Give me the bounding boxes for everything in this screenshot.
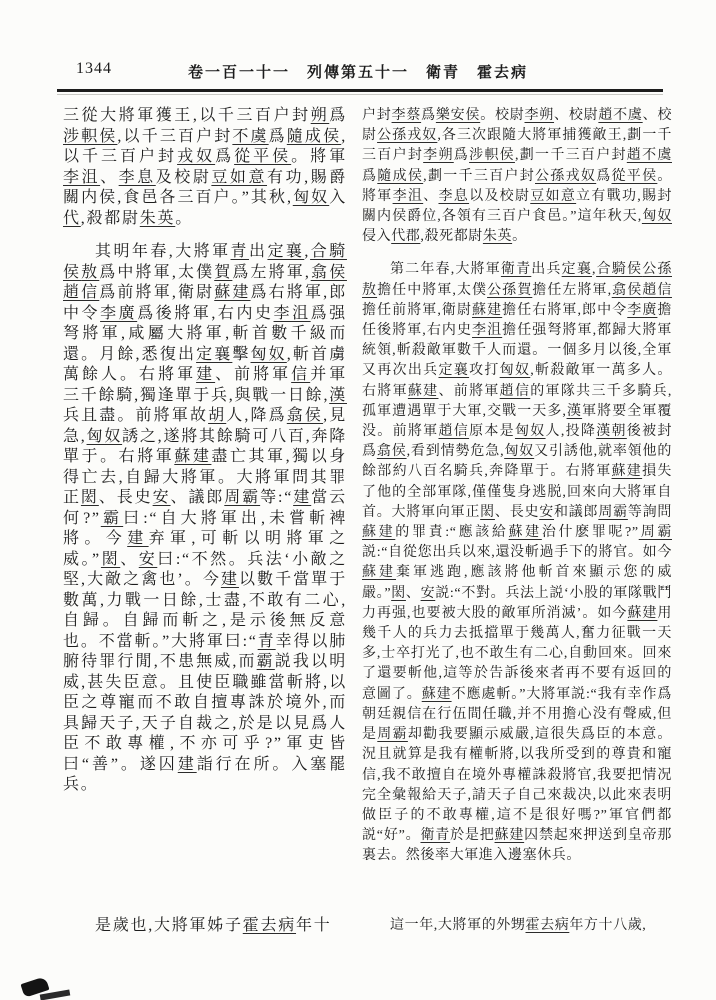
proper-noun: 霍去病	[526, 918, 570, 933]
proper-noun: 趙不虞	[627, 148, 672, 163]
proper-noun: 建	[178, 756, 197, 773]
proper-noun: 周霸	[639, 525, 672, 540]
proper-noun: 匈奴	[87, 428, 123, 445]
proper-noun: 朱英	[140, 210, 176, 227]
proper-noun: 不虞	[232, 128, 268, 145]
proper-noun: 安	[153, 489, 171, 506]
text-run: ,殺死都尉	[420, 229, 483, 244]
text-run: 、前將軍	[438, 384, 499, 399]
proper-noun: 蘇建	[362, 525, 395, 540]
classical-text-column: 三從大將軍獲王,以千三百户封朔爲涉軹侯,以千三百户封不虞爲隨成侯,以千三百户封戎…	[63, 106, 347, 936]
proper-noun: 翕侯	[377, 444, 407, 459]
text-run: 擔任中將軍,太僕	[377, 283, 487, 298]
text-run: 治什麽罪呢?”	[542, 525, 639, 540]
proper-noun: 李沮	[63, 169, 100, 186]
proper-noun: 衛青	[501, 262, 531, 277]
text-run: 出	[249, 243, 267, 260]
proper-noun: 定襄	[196, 346, 232, 363]
proper-noun: 安	[421, 586, 436, 601]
text-run: 、前將軍	[215, 366, 291, 383]
text-run: 爲	[362, 169, 377, 184]
text-run: 爲左將軍,	[232, 264, 310, 281]
proper-noun: 趙信	[500, 384, 531, 399]
proper-noun: 李沮	[393, 189, 424, 204]
proper-noun: 漢朝	[596, 424, 627, 439]
proper-noun: 蘇建	[472, 303, 502, 318]
proper-noun: 信	[291, 366, 310, 383]
proper-noun: 蘇建	[422, 687, 452, 702]
text-run: 人,投降	[546, 424, 597, 439]
running-header-title: 卷一百一十一 列傳第五十一 衛青 霍去病	[0, 61, 716, 82]
proper-noun: 蘇建	[509, 525, 542, 540]
proper-noun: 青	[258, 633, 276, 650]
proper-noun: 建	[293, 489, 311, 506]
text-run: 年十	[296, 917, 332, 934]
text-columns: 三從大將軍獲王,以千三百户封朔爲涉軹侯,以千三百户封不虞爲隨成侯,以千三百户封戎…	[63, 106, 672, 936]
proper-noun: 合騎侯	[596, 262, 642, 277]
text-run: 爲	[421, 108, 436, 123]
proper-noun: 公孫戎奴	[377, 128, 437, 143]
text-run: ,看到情勢危急,	[407, 444, 505, 459]
proper-noun: 匈奴	[251, 346, 287, 363]
proper-noun: 樂安侯	[436, 108, 480, 123]
proper-noun: 代	[63, 210, 81, 227]
text-run: 、校尉	[554, 108, 598, 123]
proper-noun: 戎奴	[177, 148, 215, 165]
text-run: 原本是	[469, 424, 515, 439]
text-run: 於是把	[450, 828, 494, 843]
text-run: 、	[100, 169, 119, 186]
proper-noun: 定襄	[267, 243, 304, 260]
proper-noun: 蘇建	[495, 828, 525, 843]
proper-noun: 閎	[391, 586, 406, 601]
text-run: 侵入	[362, 229, 391, 244]
proper-noun: 蘇建	[627, 606, 657, 621]
text-run: 其明年春,大將軍	[95, 243, 231, 260]
proper-noun: 趙信	[642, 283, 672, 298]
text-run: 爲後將軍,右内史	[137, 305, 273, 322]
proper-noun: 李朔	[423, 148, 454, 163]
text-run: 出兵	[531, 262, 561, 277]
proper-noun: 李廣	[627, 303, 657, 318]
proper-noun: 安	[139, 551, 158, 568]
text-run: 擊	[232, 346, 250, 363]
proper-noun: 涉軹侯	[469, 148, 515, 163]
proper-noun: 閎	[480, 505, 495, 520]
text-run: 擔任左將軍,	[532, 283, 611, 298]
proper-noun: 蘇建	[362, 565, 396, 580]
proper-noun: 李廣	[100, 305, 137, 322]
text-run: 擔任右將軍,郎中令	[502, 303, 627, 318]
proper-noun: 隨成侯	[377, 169, 423, 184]
proper-noun: 李息	[119, 169, 156, 186]
proper-noun: 趙信	[438, 424, 469, 439]
text-run: 這一年,大將軍的外甥	[390, 918, 526, 933]
proper-noun: 隨成侯	[287, 128, 341, 145]
proper-noun: 青	[231, 243, 249, 260]
proper-noun: 閎	[81, 489, 99, 506]
text-run: 、	[423, 189, 438, 204]
proper-noun: 豆如意	[211, 169, 267, 186]
proper-noun: 公孫賀	[487, 283, 532, 298]
text-run: 爲	[454, 148, 469, 163]
text-run: 人,降爲	[226, 407, 287, 424]
proper-noun: 翕侯	[612, 283, 643, 298]
text-run: 説:“自從您出兵以來,還没斬過手下的將官。如今	[362, 545, 672, 560]
text-run: 等:“	[260, 489, 293, 506]
proper-noun: 蘇建	[408, 384, 439, 399]
translation-paragraph-huoqubing: 這一年,大將軍的外甥霍去病年方十八歲,	[362, 916, 672, 936]
text-run: ,以千三百户封	[117, 128, 232, 145]
proper-noun: 公孫戎奴	[535, 169, 596, 184]
proper-noun: 漢	[329, 387, 347, 404]
proper-noun: 從平侯	[611, 169, 657, 184]
proper-noun: 李蔡	[392, 108, 422, 123]
text-run: 及校尉	[156, 169, 212, 186]
proper-noun: 建	[127, 530, 148, 547]
text-run: 。將軍	[291, 148, 347, 165]
proper-noun: 周霸	[224, 489, 260, 506]
text-run: 爲	[269, 128, 287, 145]
proper-noun: 霍去病	[243, 917, 296, 934]
proper-noun: 翕侯	[287, 407, 323, 424]
text-run: 、議郎	[171, 489, 225, 506]
classical-paragraph-continuation: 三從大將軍獲王,以千三百户封朔爲涉軹侯,以千三百户封不虞爲隨成侯,以千三百户封戎…	[63, 106, 347, 229]
text-run: 等詢問	[628, 505, 672, 520]
text-run: 却勸我要顯示威嚴,這很失爲臣的本意。況且就算是我有權斬將,以我所受到的尊貴和寵信…	[362, 727, 672, 843]
proper-noun: 李沮	[472, 323, 502, 338]
proper-noun: 敖	[81, 264, 99, 281]
header-rule-shadow	[57, 94, 663, 95]
text-run: 和議郎	[554, 505, 598, 520]
proper-noun: 霸	[101, 510, 123, 527]
text-run: 的罪責:“應該給	[395, 525, 508, 540]
text-run: 爲	[596, 169, 611, 184]
proper-noun: 匈奴	[642, 209, 672, 224]
text-run: 、	[120, 551, 139, 568]
proper-noun: 周霸	[598, 505, 628, 520]
text-run: 爲	[215, 148, 234, 165]
classical-paragraph-huoqubing: 是歲也,大將軍姊子霍去病年十	[63, 916, 347, 937]
text-run: 、長史	[495, 505, 539, 520]
proper-noun: 匈奴	[293, 189, 329, 206]
proper-noun: 翕侯	[311, 264, 347, 281]
proper-noun: 李沮	[274, 305, 311, 322]
text-run: 入	[329, 189, 347, 206]
text-run: 攻打	[469, 363, 500, 378]
proper-noun: 建	[196, 366, 215, 383]
text-run: 、長史	[99, 489, 153, 506]
text-run: 第二年春,大將軍	[390, 262, 501, 277]
text-run: ,殺都尉	[81, 210, 140, 227]
header-rule	[57, 89, 663, 92]
text-run: 。	[512, 229, 527, 244]
text-run: 。校尉	[480, 108, 524, 123]
proper-noun: 代郡	[391, 229, 420, 244]
proper-noun: 建	[221, 571, 239, 588]
proper-noun: 匈奴	[500, 363, 531, 378]
text-run: 爲	[329, 107, 347, 124]
proper-noun: 安	[539, 505, 554, 520]
translation-text-column: 户封李蔡爲樂安侯。校尉李朔、校尉趙不虞、校尉公孫戎奴,各三次跟隨大將軍捕獲敵王,…	[362, 106, 672, 936]
text-run: 。	[175, 210, 193, 227]
proper-noun: 霸	[257, 653, 275, 670]
proper-noun: 蘇建	[174, 448, 211, 465]
proper-noun: 蘇建	[214, 284, 250, 301]
proper-noun: 胡	[208, 407, 226, 424]
text-run: 户封	[362, 108, 392, 123]
proper-noun: 賀	[214, 264, 232, 281]
classical-paragraph-dingxiang-campaign: 其明年春,大將軍青出定襄,合騎侯敖爲中將軍,太僕賀爲左將軍,翕侯趙信爲前將軍,衛…	[63, 242, 347, 796]
proper-noun: 從平侯	[234, 148, 291, 165]
proper-noun: 豆如意	[530, 189, 576, 204]
text-run: 、	[406, 586, 421, 601]
proper-noun: 匈奴	[515, 424, 546, 439]
text-run: 以及校尉	[469, 189, 530, 204]
text-run: ,劃一千三百户封	[423, 169, 535, 184]
translation-paragraph-dingxiang-campaign: 第二年春,大將軍衛青出兵定襄,合騎侯公孫敖擔任中將軍,太僕公孫賀擔任左將軍,翕侯…	[362, 260, 672, 866]
text-run: 爲中將軍,太僕	[99, 264, 214, 281]
proper-noun: 朔	[311, 107, 330, 124]
proper-noun: 匈奴	[504, 444, 534, 459]
proper-noun: 朱英	[483, 229, 512, 244]
translation-paragraph-continuation: 户封李蔡爲樂安侯。校尉李朔、校尉趙不虞、校尉公孫戎奴,各三次跟隨大將軍捕獲敵王,…	[362, 106, 672, 247]
proper-noun: 周霸	[377, 727, 408, 742]
proper-noun: 趙不虞	[598, 108, 642, 123]
proper-noun: 漢	[567, 404, 583, 419]
proper-noun: 李息	[438, 189, 469, 204]
text-run: 年方十八歲,	[569, 918, 646, 933]
text-run: 兵且盡。前將軍故	[63, 407, 208, 424]
text-run: 三從大將軍獲王,以千三百户封	[63, 107, 311, 124]
proper-noun: 定襄	[562, 262, 592, 277]
text-run: ,劃一千三百户封	[515, 148, 627, 163]
proper-noun: 涉軹侯	[63, 128, 117, 145]
proper-noun: 李朔	[525, 108, 555, 123]
proper-noun: 趙信	[63, 284, 99, 301]
book-page: 1344 卷一百一十一 列傳第五十一 衛青 霍去病 三從大將軍獲王,以千三百户封…	[0, 0, 716, 1000]
proper-noun: 蘇建	[612, 464, 643, 479]
proper-noun: 閎	[101, 551, 120, 568]
proper-noun: 定襄	[438, 363, 469, 378]
text-run: 擔任前將軍,衛尉	[362, 303, 472, 318]
text-run: 爲前將軍,衛尉	[99, 284, 214, 301]
text-run: 是歲也,大將軍姊子	[95, 917, 243, 934]
proper-noun: 衛青	[420, 828, 450, 843]
